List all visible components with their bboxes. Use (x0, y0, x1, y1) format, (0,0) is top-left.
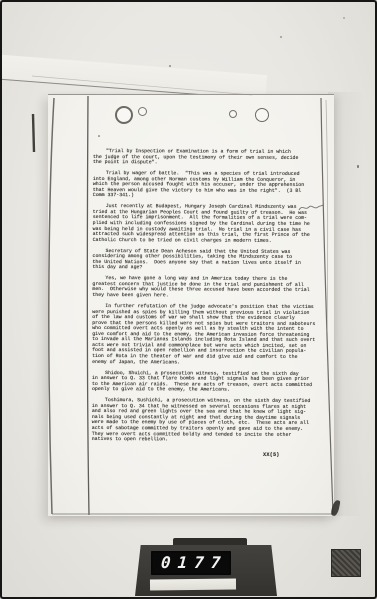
paragraph-mindszenty-trial: Just recently at Budapest, Hungary Josep… (93, 204, 317, 244)
punch-hole (255, 108, 269, 122)
dust-speck (169, 65, 171, 67)
paragraph-witness-toshimura: Toshimura, Sushichi, a prosecution witne… (92, 398, 316, 443)
paragraph-acheson: Secretary of State Dean Acheson said tha… (92, 249, 316, 272)
paragraph-wager-of-battle: Trial by wager of battle. "This was a sp… (93, 171, 317, 200)
right-margin-shade (328, 92, 377, 516)
punch-hole (115, 106, 133, 124)
dust-speck (343, 17, 345, 19)
page-number-mark: XX(5) (263, 452, 280, 458)
dust-speck (98, 135, 100, 137)
counter-label-strip (150, 579, 236, 591)
microfilm-frame: "Trial by Inspection or Examination is a… (0, 0, 377, 599)
punch-hole (138, 107, 147, 116)
punch-hole (229, 110, 237, 118)
paragraph-justice: Yes, we have gone a long way and in Amer… (92, 276, 316, 299)
dust-speck (357, 165, 359, 168)
paragraph-refutation: In further refutation of the judge advoc… (92, 304, 316, 366)
typewritten-text: "Trial by Inspection or Examination is a… (92, 149, 317, 449)
paragraph-trial-by-inspection: "Trial by Inspection or Examination is a… (93, 149, 317, 167)
counter-display: 0177 (151, 551, 231, 575)
counter-digits: 0177 (154, 555, 229, 571)
dust-speck (280, 36, 282, 38)
paragraph-witness-shidoo: Shidoo, Shuichi, a prosecution witness, … (92, 371, 316, 394)
dark-square-stamp (331, 549, 361, 577)
handwritten-margin-mark (298, 200, 324, 214)
